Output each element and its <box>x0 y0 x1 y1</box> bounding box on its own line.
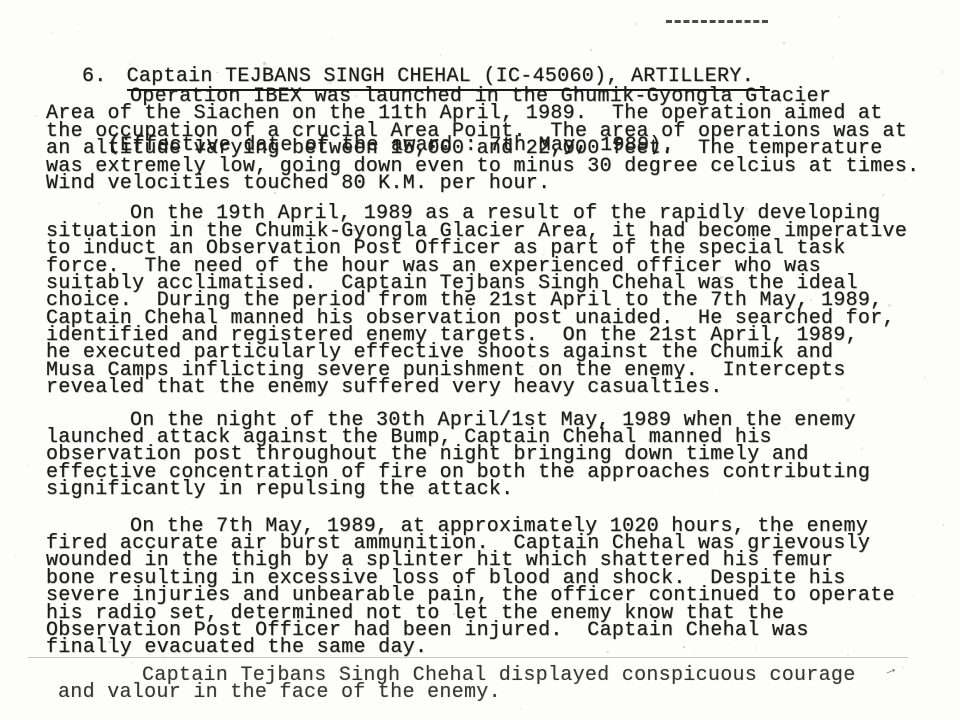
noise-speck <box>943 524 945 526</box>
paragraph: On the night of the 30th April/1st May, … <box>46 412 919 499</box>
noise-speck <box>783 42 785 44</box>
citation-number: 6. <box>82 65 107 88</box>
paragraph: On the 7th May, 1989, at approximately 1… <box>46 518 919 657</box>
noise-speck <box>832 57 834 59</box>
noise-speck <box>27 464 29 466</box>
noise-speck <box>15 555 17 557</box>
paragraph: Captain Tejbans Singh Chehal displayed c… <box>58 667 919 702</box>
noise-speck <box>520 708 522 710</box>
noise-speck <box>924 376 926 378</box>
noise-speck <box>946 285 947 286</box>
paragraph: On the 19th April, 1989 as a result of t… <box>46 205 919 396</box>
scanned-document-page: 6.Captain TEJBANS SINGH CHEHAL (IC-45060… <box>0 0 960 720</box>
scan-artifact-rule <box>28 657 908 658</box>
noise-speck <box>942 71 943 72</box>
noise-speck <box>52 32 53 33</box>
noise-speck <box>34 115 37 118</box>
paragraph: Operation IBEX was launched in the Ghumi… <box>46 88 919 192</box>
noise-speck <box>13 414 15 416</box>
document-body: Operation IBEX was launched in the Ghumi… <box>46 88 919 702</box>
noise-speck <box>839 16 840 17</box>
noise-speck <box>78 24 79 25</box>
noise-speck <box>158 705 159 706</box>
